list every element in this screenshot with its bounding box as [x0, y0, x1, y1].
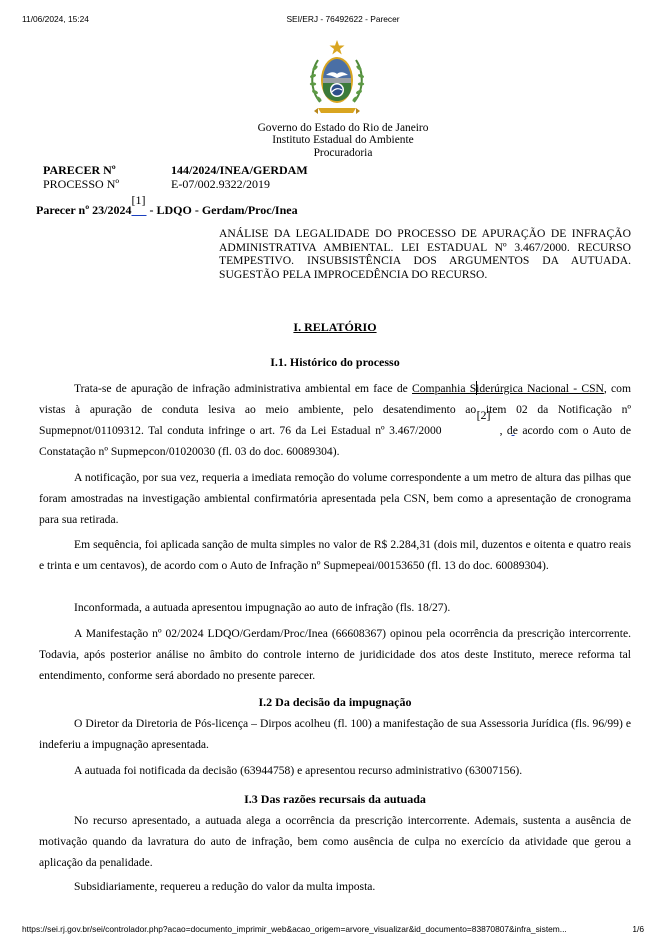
paragraph-1-text-a: Trata-se de apuração de infração adminis… — [74, 382, 412, 395]
footnote-2-number: [2] — [442, 409, 491, 421]
paragraph-8: No recurso apresentado, a autuada alega … — [39, 810, 631, 873]
paragraph-1: Trata-se de apuração de infração adminis… — [39, 378, 631, 462]
state-coat-of-arms-icon — [306, 38, 368, 120]
ementa-summary: ANÁLISE DA LEGALIDADE DO PROCESSO DE APU… — [219, 227, 631, 281]
paragraph-3: Em sequência, foi aplicada sanção de mul… — [39, 534, 631, 576]
parecer-reference-suffix: - LDQO - Gerdam/Proc/Inea — [147, 203, 298, 217]
print-page-number: 1/6 — [632, 924, 644, 934]
footnote-1-anchor[interactable]: [1] — [132, 200, 147, 220]
footnote-2-anchor[interactable]: [2] — [442, 420, 500, 441]
paragraph-5: A Manifestação nº 02/2024 LDQO/Gerdam/Pr… — [39, 623, 631, 686]
print-url: https://sei.rj.gov.br/sei/controlador.ph… — [22, 924, 567, 934]
paragraph-9: Subsidiariamente, requereu a redução do … — [39, 876, 631, 897]
letterhead: Governo do Estado do Rio de Janeiro Inst… — [0, 122, 670, 159]
company-name-link: Companhia Siderúrgica Nacional - CSN — [412, 382, 604, 395]
paragraph-6: O Diretor da Diretoria de Pós-licença – … — [39, 713, 631, 755]
paragraph-2: A notificação, por sua vez, requeria a i… — [39, 467, 631, 530]
letterhead-government: Governo do Estado do Rio de Janeiro — [16, 122, 670, 134]
print-footer: https://sei.rj.gov.br/sei/controlador.ph… — [0, 924, 670, 936]
subsection-title-historico: I.1. Histórico do processo — [0, 355, 670, 370]
letterhead-institute: Instituto Estadual do Ambiente — [16, 134, 670, 146]
paragraph-7: A autuada foi notificada da decisão (639… — [39, 760, 631, 781]
footnote-2-link[interactable] — [477, 420, 500, 441]
parecer-number-value: 144/2024/INEA/GERDAM — [171, 164, 308, 177]
footnote-1-number: [1] — [132, 190, 146, 210]
paragraph-4: Inconformada, a autuada apresentou impug… — [39, 597, 631, 618]
subsection-title-razoes: I.3 Das razões recursais da autuada — [0, 792, 670, 807]
section-title-relatorio: I. RELATÓRIO — [0, 320, 670, 335]
print-header: 11/06/2024, 15:24 SEI/ERJ - 76492622 - P… — [0, 14, 670, 26]
parecer-reference-prefix: Parecer nº 23/2024 — [36, 203, 132, 217]
parecer-number-label: PARECER Nº — [43, 164, 116, 177]
processo-number-value: E-07/002.9322/2019 — [171, 178, 270, 191]
subsection-title-decisao: I.2 Da decisão da impugnação — [0, 695, 670, 710]
company-name-part-1: Companhia S — [412, 382, 476, 395]
parecer-reference: Parecer nº 23/2024[1] - LDQO - Gerdam/Pr… — [36, 200, 298, 220]
print-document-title: SEI/ERJ - 76492622 - Parecer — [0, 14, 670, 24]
processo-number-label: PROCESSO Nº — [43, 178, 119, 191]
letterhead-department: Procuradoria — [16, 147, 670, 159]
company-name-part-2: iderúrgica Nacional - CSN — [476, 382, 604, 395]
